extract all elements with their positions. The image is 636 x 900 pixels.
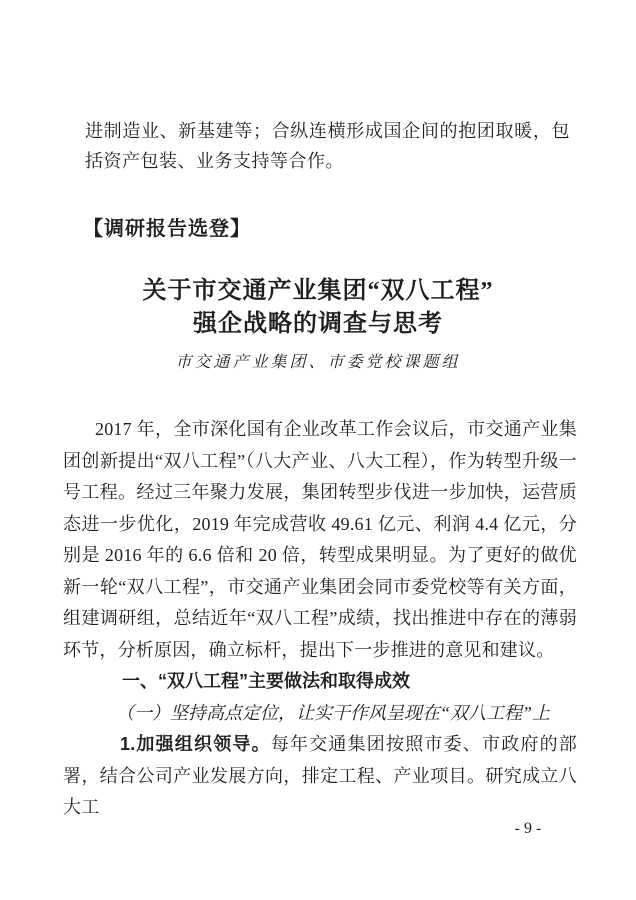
- numbered-paragraph: 1.加强组织领导。每年交通集团按照市委、市政府的部署，结合公司产业发展方向，排定…: [63, 729, 577, 824]
- numbered-paragraph-lead: 1.加强组织领导。: [120, 734, 271, 754]
- page-number: - 9 -: [495, 820, 561, 838]
- sub-heading: （一）坚持高点定位，让实干作风呈现在“双八工程”上: [116, 698, 577, 730]
- document-page: 进制造业、新基建等；合纵连横形成国企间的抱团取暖，包括资产包装、业务支持等合作。…: [0, 0, 636, 900]
- continuation-paragraph: 进制造业、新基建等；合纵连横形成国企间的抱团取暖，包括资产包装、业务支持等合作。: [85, 116, 570, 176]
- section-heading: 一、“双八工程”主要做法和取得成效: [122, 666, 577, 698]
- intro-paragraph: 2017 年，全市深化国有企业改革工作会议后，市交通产业集团创新提出“双八工程”…: [63, 414, 577, 666]
- article-byline: 市交通产业集团、市委党校课题组: [0, 349, 636, 372]
- section-label: 【调研报告选登】: [83, 212, 636, 241]
- article-title-line2: 强企战略的调查与思考: [0, 308, 636, 341]
- article-title-line1: 关于市交通产业集团“双八工程”: [0, 275, 636, 308]
- article-title: 关于市交通产业集团“双八工程” 强企战略的调查与思考: [0, 275, 636, 341]
